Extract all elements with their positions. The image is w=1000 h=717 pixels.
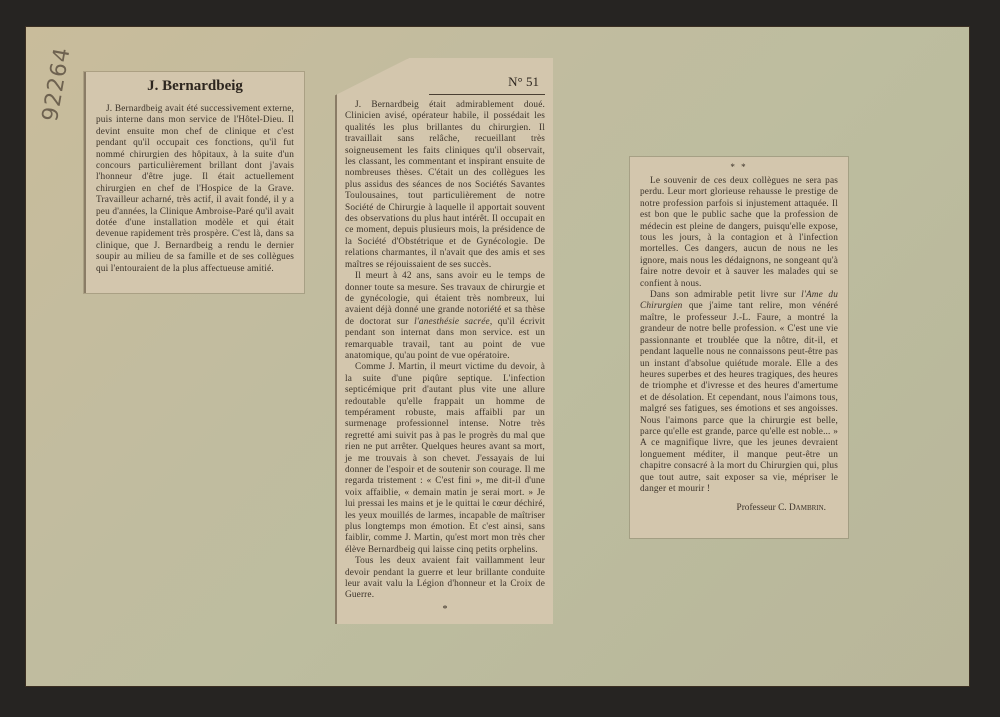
signature-title: Professeur C.	[737, 503, 789, 513]
thesis-title: l'anesthésie sacrée	[414, 317, 490, 327]
issue-number: N° 51	[345, 74, 539, 90]
paragraph-text: que j'aime tant relire, mon vénéré maîtr…	[640, 301, 838, 494]
paragraph: Dans son admirable petit livre sur l'Ame…	[640, 290, 838, 495]
article-title: J. Bernardbeig	[96, 78, 294, 95]
paragraph: Tous les deux avaient fait vaillamment l…	[345, 556, 545, 602]
clipping-conclusion: * * Le souvenir de ces deux collègues ne…	[630, 157, 848, 538]
scrapbook-page: 92264 J. Bernardbeig J. Bernardbeig avai…	[26, 27, 969, 686]
signature-name: Dambrin.	[789, 503, 826, 513]
handwritten-catalog-number: 92264	[38, 45, 76, 123]
clipping-bernardbeig-intro: J. Bernardbeig J. Bernardbeig avait été …	[84, 72, 304, 293]
clipping-bernardbeig-main: N° 51 J. Bernardbeig était admirablement…	[335, 58, 553, 624]
end-asterisk: *	[345, 604, 545, 615]
paragraph: Il meurt à 42 ans, sans avoir eu le temp…	[345, 271, 545, 362]
section-asterisks: * *	[640, 162, 838, 172]
author-signature: Professeur C. Dambrin.	[640, 503, 826, 513]
paragraph: J. Bernardbeig avait été successivement …	[96, 104, 294, 275]
paragraph: Le souvenir de ces deux collègues ne ser…	[640, 176, 838, 290]
header-rule	[429, 94, 545, 95]
paragraph: J. Bernardbeig était admirablement doué.…	[345, 100, 545, 271]
paragraph: Comme J. Martin, il meurt victime du dev…	[345, 362, 545, 556]
paragraph-text: Dans son admirable petit livre sur	[650, 290, 801, 300]
